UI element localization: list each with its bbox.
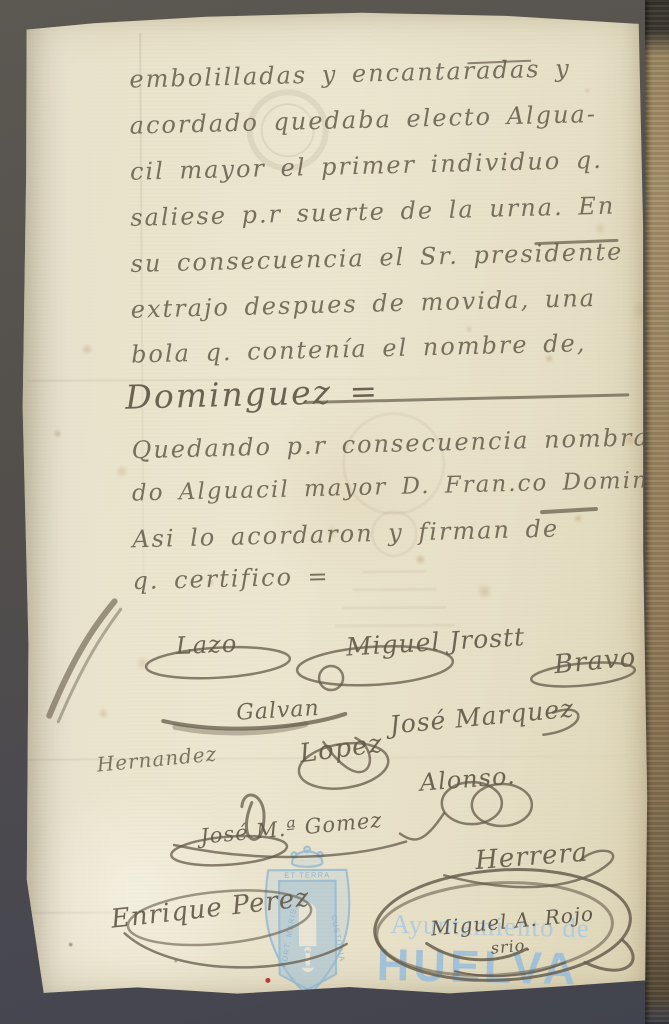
signature-flourishes (19, 10, 649, 998)
scanned-document-photo: embolilladas y encantaradas y acordado q… (0, 0, 669, 1024)
manuscript-page: embolilladas y encantaradas y acordado q… (19, 10, 649, 998)
red-ink-dot (265, 978, 270, 983)
book-page-edges (645, 0, 669, 1024)
